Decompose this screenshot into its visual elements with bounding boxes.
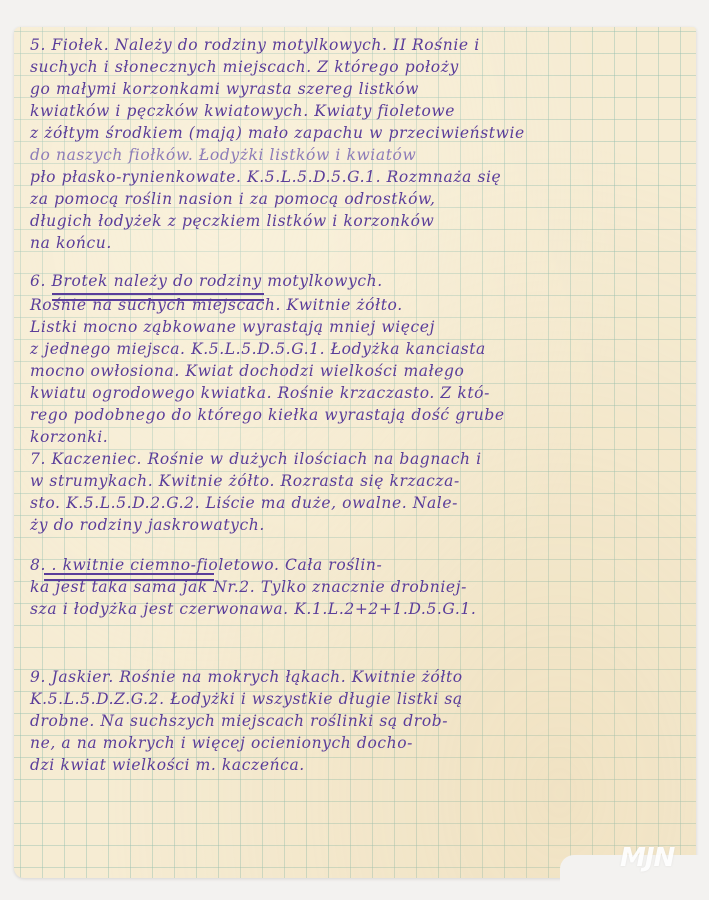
entry-9-line-5: dzi kwiat wielkości m. kaczeńca. <box>30 754 689 776</box>
museum-watermark-logo: MJN <box>620 843 674 873</box>
entry-5-line-7: pło płasko-rynienkowate. K.5.L.5.D.5.G.1… <box>30 166 689 188</box>
entry-7-line-3: sto. K.5.L.5.D.2.G.2. Liście ma duże, ow… <box>30 492 689 514</box>
entry-5-line-2: suchych i słonecznych miejscach. Z które… <box>30 56 689 78</box>
entry-5-line-3: go małymi korzonkami wyrasta szereg list… <box>30 78 689 100</box>
entry-7-line-4: ży do rodziny jaskrowatych. <box>30 514 689 536</box>
entry-8-line-2: ka jest taka sama jak Nr.2. Tylko znaczn… <box>30 576 689 598</box>
entry-9-line-1: 9. Jaskier. Rośnie na mokrych łąkach. Kw… <box>30 666 689 688</box>
entry-8-line-3: sza i łodyżka jest czerwonawa. K.1.L.2+2… <box>30 598 689 620</box>
entry-7-line-1: 7. Kaczeniec. Rośnie w dużych ilościach … <box>30 448 689 470</box>
entry-5-line-5: z żółtym środkiem (mają) mało zapachu w … <box>30 122 689 144</box>
entry-6-line-1: 6. Brotek należy do rodziny motylkowych. <box>30 270 689 292</box>
entry-5-line-1: 5. Fiołek. Należy do rodziny motylkowych… <box>30 34 689 56</box>
entry-5-line-6: do naszych fiołków. Łodyżki listków i kw… <box>30 144 689 166</box>
entry-6-line-6: kwiatu ogrodowego kwiatka. Rośnie krzacz… <box>30 382 689 404</box>
entry-6-line-2: Rośnie na suchych miejscach. Kwitnie żół… <box>30 294 689 316</box>
entry-9-line-3: drobne. Na suchszych miejscach roślinki … <box>30 710 689 732</box>
entry-7-line-2: w strumykach. Kwitnie żółto. Rozrasta si… <box>30 470 689 492</box>
entry-6-line-5: mocno owłosiona. Kwiat dochodzi wielkośc… <box>30 360 689 382</box>
entry-6-line-8: korzonki. <box>30 426 689 448</box>
entry-6-line-4: z jednego miejsca. K.5.L.5.D.5.G.1. Łody… <box>30 338 689 360</box>
entry-5-line-10: na końcu. <box>30 232 689 254</box>
entry-6-line-7: rego podobnego do którego kiełka wyrasta… <box>30 404 689 426</box>
entry-9-line-4: ne, a na mokrych i więcej ocienionych do… <box>30 732 689 754</box>
entry-6-line-3: Listki mocno ząbkowane wyrastają mniej w… <box>30 316 689 338</box>
entry-5-line-9: długich łodyżek z pęczkiem listków i kor… <box>30 210 689 232</box>
entry-5-line-8: za pomocą roślin nasion i za pomocą odro… <box>30 188 689 210</box>
entry-9-line-2: K.5.L.5.D.Z.G.2. Łodyżki i wszystkie dłu… <box>30 688 689 710</box>
entry-5-line-4: kwiatków i pęczków kwiatowych. Kwiaty fi… <box>30 100 689 122</box>
